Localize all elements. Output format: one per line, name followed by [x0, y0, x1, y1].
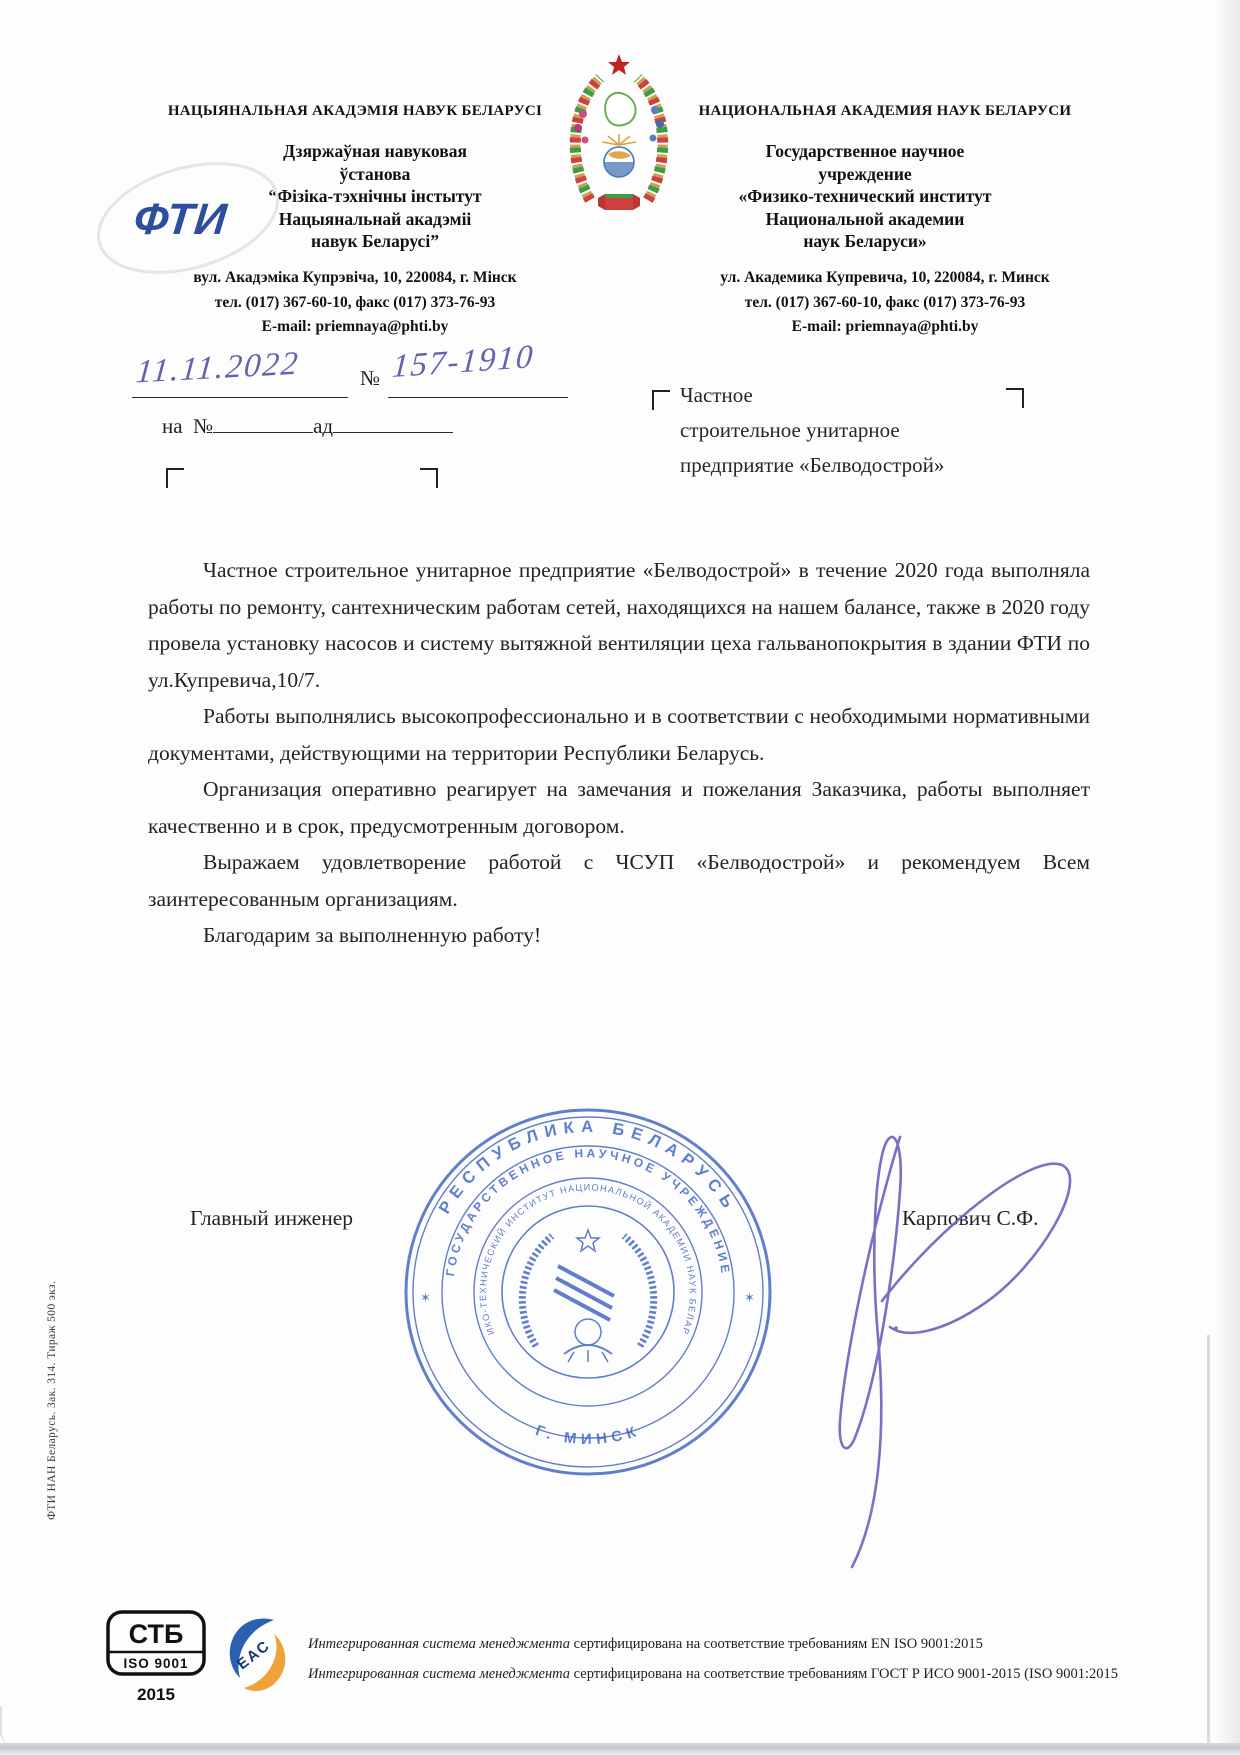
cert1-rest: сертифицирована на соответствие требован…	[570, 1636, 983, 1652]
recipient-line: строительное унитарное	[680, 413, 1010, 448]
address-by: вул. Акадэміка Купрэвіча, 10, 220084, г.…	[150, 266, 560, 291]
badge-iso-label: ISO 9001	[123, 1656, 188, 1671]
stb-iso9001-badge-icon: СТБ ISO 9001 2015	[104, 1608, 212, 1708]
org-ru-line: наук Беларуси»	[712, 230, 1018, 253]
ad-label: ад	[313, 414, 333, 438]
eac-certification-logo-icon: ЕАС	[216, 1612, 298, 1698]
phone-ru: тел. (017) 367-60-10, факс (017) 373-76-…	[680, 291, 1090, 316]
org-ru-line: Национальной академии	[712, 208, 1018, 231]
email-ru: E-mail: priemnaya@phti.by	[680, 315, 1090, 340]
no-label: №	[193, 414, 213, 438]
scan-right-edge-line	[1207, 1335, 1210, 1755]
org-ru-line: учреждение	[712, 163, 1018, 186]
recipient-zone-corner-left	[652, 390, 670, 410]
body-paragraph: Выражаем удовлетворение работой с ЧСУП «…	[148, 844, 1090, 917]
body-paragraph: Частное строительное унитарное предприят…	[148, 552, 1090, 698]
fti-institute-logo-icon: ФТИ	[88, 150, 283, 282]
certification-line-2: Интегрированная система менеджмента серт…	[308, 1666, 1118, 1683]
body-paragraph: Благодарим за выполненную работу!	[148, 917, 1090, 954]
signer-title: Главный инженер	[190, 1206, 353, 1231]
address-ru: ул. Академика Купревича, 10, 220084, г. …	[680, 266, 1090, 291]
academy-name-ru: НАЦИОНАЛЬНАЯ АКАДЕМИЯ НАУК БЕЛАРУСИ	[680, 103, 1090, 120]
na-label: на	[162, 414, 183, 438]
belarus-coat-of-arms-icon	[558, 48, 680, 218]
scan-bottom-left-corner	[0, 1706, 18, 1746]
badge-stb-letters: СТБ	[129, 1619, 184, 1649]
number-underline	[388, 396, 568, 398]
fti-logo-letters: ФТИ	[132, 195, 230, 244]
academy-name-by: НАЦЫЯНАЛЬНАЯ АКАДЭМІЯ НАВУК БЕЛАРУСІ	[150, 103, 560, 120]
handwritten-outgoing-number: 157-1910	[391, 339, 536, 386]
contact-block-ru: ул. Академика Купревича, 10, 220084, г. …	[680, 266, 1090, 340]
letter-body: Частное строительное унитарное предприят…	[148, 552, 1090, 954]
org-name-ru: Государственное научное учреждение «Физи…	[712, 140, 1018, 253]
org-ru-line: Государственное научное	[712, 140, 1018, 163]
reply-reference-line: на №ад	[162, 414, 453, 439]
recipient-line: Частное	[680, 378, 1010, 413]
body-paragraph: Работы выполнялись высокопрофессионально…	[148, 698, 1090, 771]
phone-by: тел. (017) 367-60-10, факс (017) 373-76-…	[150, 291, 560, 316]
org-ru-line: «Физико-технический институт	[712, 185, 1018, 208]
scanned-letter-page: НАЦЫЯНАЛЬНАЯ АКАДЭМІЯ НАВУК БЕЛАРУСІ Дзя…	[0, 0, 1240, 1755]
handwritten-date: 11.11.2022	[134, 346, 301, 392]
email-by: E-mail: priemnaya@phti.by	[150, 315, 560, 340]
contact-block-by: вул. Акадэміка Купрэвіча, 10, 220084, г.…	[150, 266, 560, 340]
recipient-block: Частное строительное унитарное предприят…	[680, 378, 1010, 483]
scan-right-edge-shadow	[1216, 0, 1240, 1755]
certification-line-1: Интегрированная система менеджмента серт…	[308, 1636, 983, 1653]
badge-year: 2015	[137, 1685, 175, 1704]
cert2-rest: сертифицирована на соответствие требован…	[570, 1666, 1118, 1682]
recipient-line: предприятие «Белводострой»	[680, 448, 1010, 483]
date-underline	[132, 396, 348, 398]
stamp-star-left: ✶	[420, 1290, 431, 1305]
reply-number-blank	[213, 418, 313, 433]
address-zone-corner-left	[166, 468, 184, 488]
cert1-italic: Интегрированная система менеджмента	[308, 1636, 570, 1652]
number-sign-label: №	[360, 366, 380, 391]
reply-date-blank	[333, 418, 453, 433]
body-paragraph: Организация оперативно реагирует на заме…	[148, 771, 1090, 844]
scan-bottom-edge-shadow	[0, 1743, 1240, 1755]
address-zone-corner-right	[420, 468, 438, 488]
cert2-italic: Интегрированная система менеджмента	[308, 1666, 570, 1682]
printer-edge-note: ФТИ НАН Беларусь. Зак. 314. Тираж 500 эк…	[46, 1281, 58, 1520]
handwritten-signature	[600, 1095, 1100, 1595]
